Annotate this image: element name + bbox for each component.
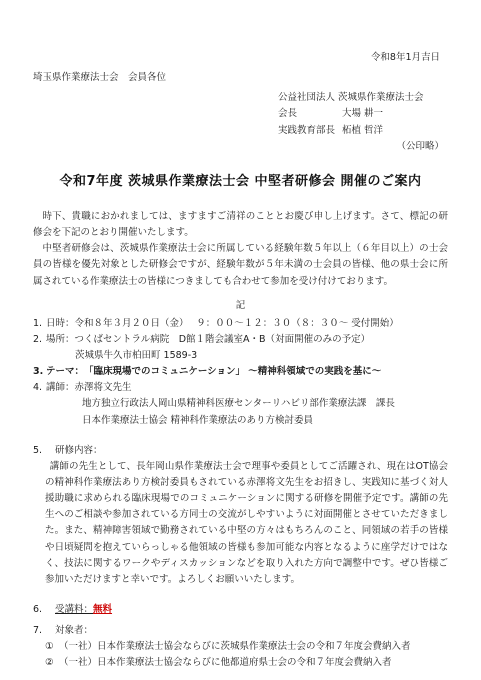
document-page: 令和8年1月吉日 埼玉県作業療法士会 会員各位 公益社団法人 茨城県作業療法士会… (0, 0, 481, 680)
sender-row: 実践教育部長 柘植 哲洋 (278, 123, 446, 139)
target-text: （一社）日本作業療法士協会ならびに他都道府県士会の令和７年度会費納入者 (59, 655, 392, 671)
item-place: 2. 場所： つくばセントラル病院 D館１階会議室A・B（対面開催のみの予定） (33, 332, 448, 348)
fee-label: 受講料： (55, 602, 93, 618)
item-theme: 3. テーマ： 「臨床現場でのコミュニケーション」 ～精神科領域での実践を基に～ (33, 364, 448, 380)
item-number: 3. (33, 364, 46, 380)
fee-value: 無料 (93, 602, 112, 618)
section-content-header: 5. 研修内容： (33, 443, 448, 459)
item-datetime: 1. 日時： 令和８年３月２０日（金） ９：００～１２：３０（８：３０～ 受付開… (33, 316, 448, 332)
sender-block: 公益社団法人 茨城県作業療法士会 会長 大場 耕一 実践教育部長 柘植 哲洋 （… (278, 90, 446, 155)
circled-number-1: ① (45, 639, 59, 655)
sender-org: 公益社団法人 茨城県作業療法士会 (278, 90, 446, 106)
item-label: 場所： (46, 332, 75, 348)
content-description: 講師の先生として、長年岡山県作業療法士会で理事や委員としてご活躍され、現在はOT… (45, 459, 448, 588)
intro-section: 時下、貴職におかれましては、ますますご清祥のこととお慶び申し上げます。さて、標記… (33, 209, 448, 290)
target-item-1: ① （一社）日本作業療法士協会ならびに茨城県作業療法士会の令和７年度会費納入者 (45, 639, 448, 655)
item-number: 2. (33, 332, 46, 348)
item-label: 日時： (46, 316, 75, 332)
item-number: 6. (33, 602, 55, 618)
document-title: 令和7年度 茨城県作業療法士会 中堅者研修会 開催のご案内 (33, 171, 448, 193)
item-label: 研修内容： (55, 443, 103, 459)
section-targets-header: 7. 対象者： (33, 623, 448, 639)
record-marker: 記 (33, 298, 448, 314)
circled-number-2: ② (45, 655, 59, 671)
item-number: 7. (33, 623, 55, 639)
datetime-value: 令和８年３月２０日（金） ９：００～１２：３０（８：３０～ 受付開始） (75, 316, 399, 332)
place-value: つくばセントラル病院 D館１階会議室A・B（対面開催のみの予定） (75, 332, 371, 348)
item-lecturer: 4. 講師： 赤澤将文先生 (33, 380, 448, 396)
issue-date: 令和8年1月吉日 (33, 50, 448, 66)
section-fee: 6. 受講料： 無料 (33, 602, 448, 618)
lecturer-affiliation-2: 日本作業療法士協会 精神科作業療法のあり方検討委員 (33, 413, 448, 429)
targets-label: 対象者： (55, 623, 93, 639)
lecturer-affiliation-1: 地方独立行政法人岡山県精神科医療センターリハビリ部作業療法課 課長 (33, 396, 448, 412)
sender-row: 会長 大場 耕一 (278, 106, 446, 122)
place-address: 茨城県牛久市柏田町 1589-3 (33, 348, 448, 364)
item-number: 1. (33, 316, 46, 332)
lecturer-name: 赤澤将文先生 (75, 380, 132, 396)
sender-role: 実践教育部長 (278, 123, 342, 139)
item-label: 講師： (46, 380, 75, 396)
sender-role: 会長 (278, 106, 342, 122)
target-text: （一社）日本作業療法士協会ならびに茨城県作業療法士会の令和７年度会費納入者 (59, 639, 411, 655)
item-label: テーマ： (46, 364, 84, 380)
recipient-line: 埼玉県作業療法士会 会員各位 (33, 70, 448, 86)
theme-value: 「臨床現場でのコミュニケーション」 ～精神科領域での実践を基に～ (84, 364, 381, 380)
target-item-2: ② （一社）日本作業療法士協会ならびに他都道府県士会の令和７年度会費納入者 (45, 655, 448, 671)
sender-name: 柘植 哲洋 (342, 123, 383, 139)
sender-name: 大場 耕一 (342, 106, 383, 122)
intro-paragraph-2: 中堅者研修会は、茨城県作業療法士会に所属している経験年数５年以上（６年目以上）の… (33, 241, 448, 289)
item-number: 4. (33, 380, 46, 396)
seal-note: （公印略） (278, 139, 446, 155)
item-number: 5. (33, 443, 55, 459)
intro-paragraph-1: 時下、貴職におかれましては、ますますご清祥のこととお慶び申し上げます。さて、標記… (33, 209, 448, 241)
